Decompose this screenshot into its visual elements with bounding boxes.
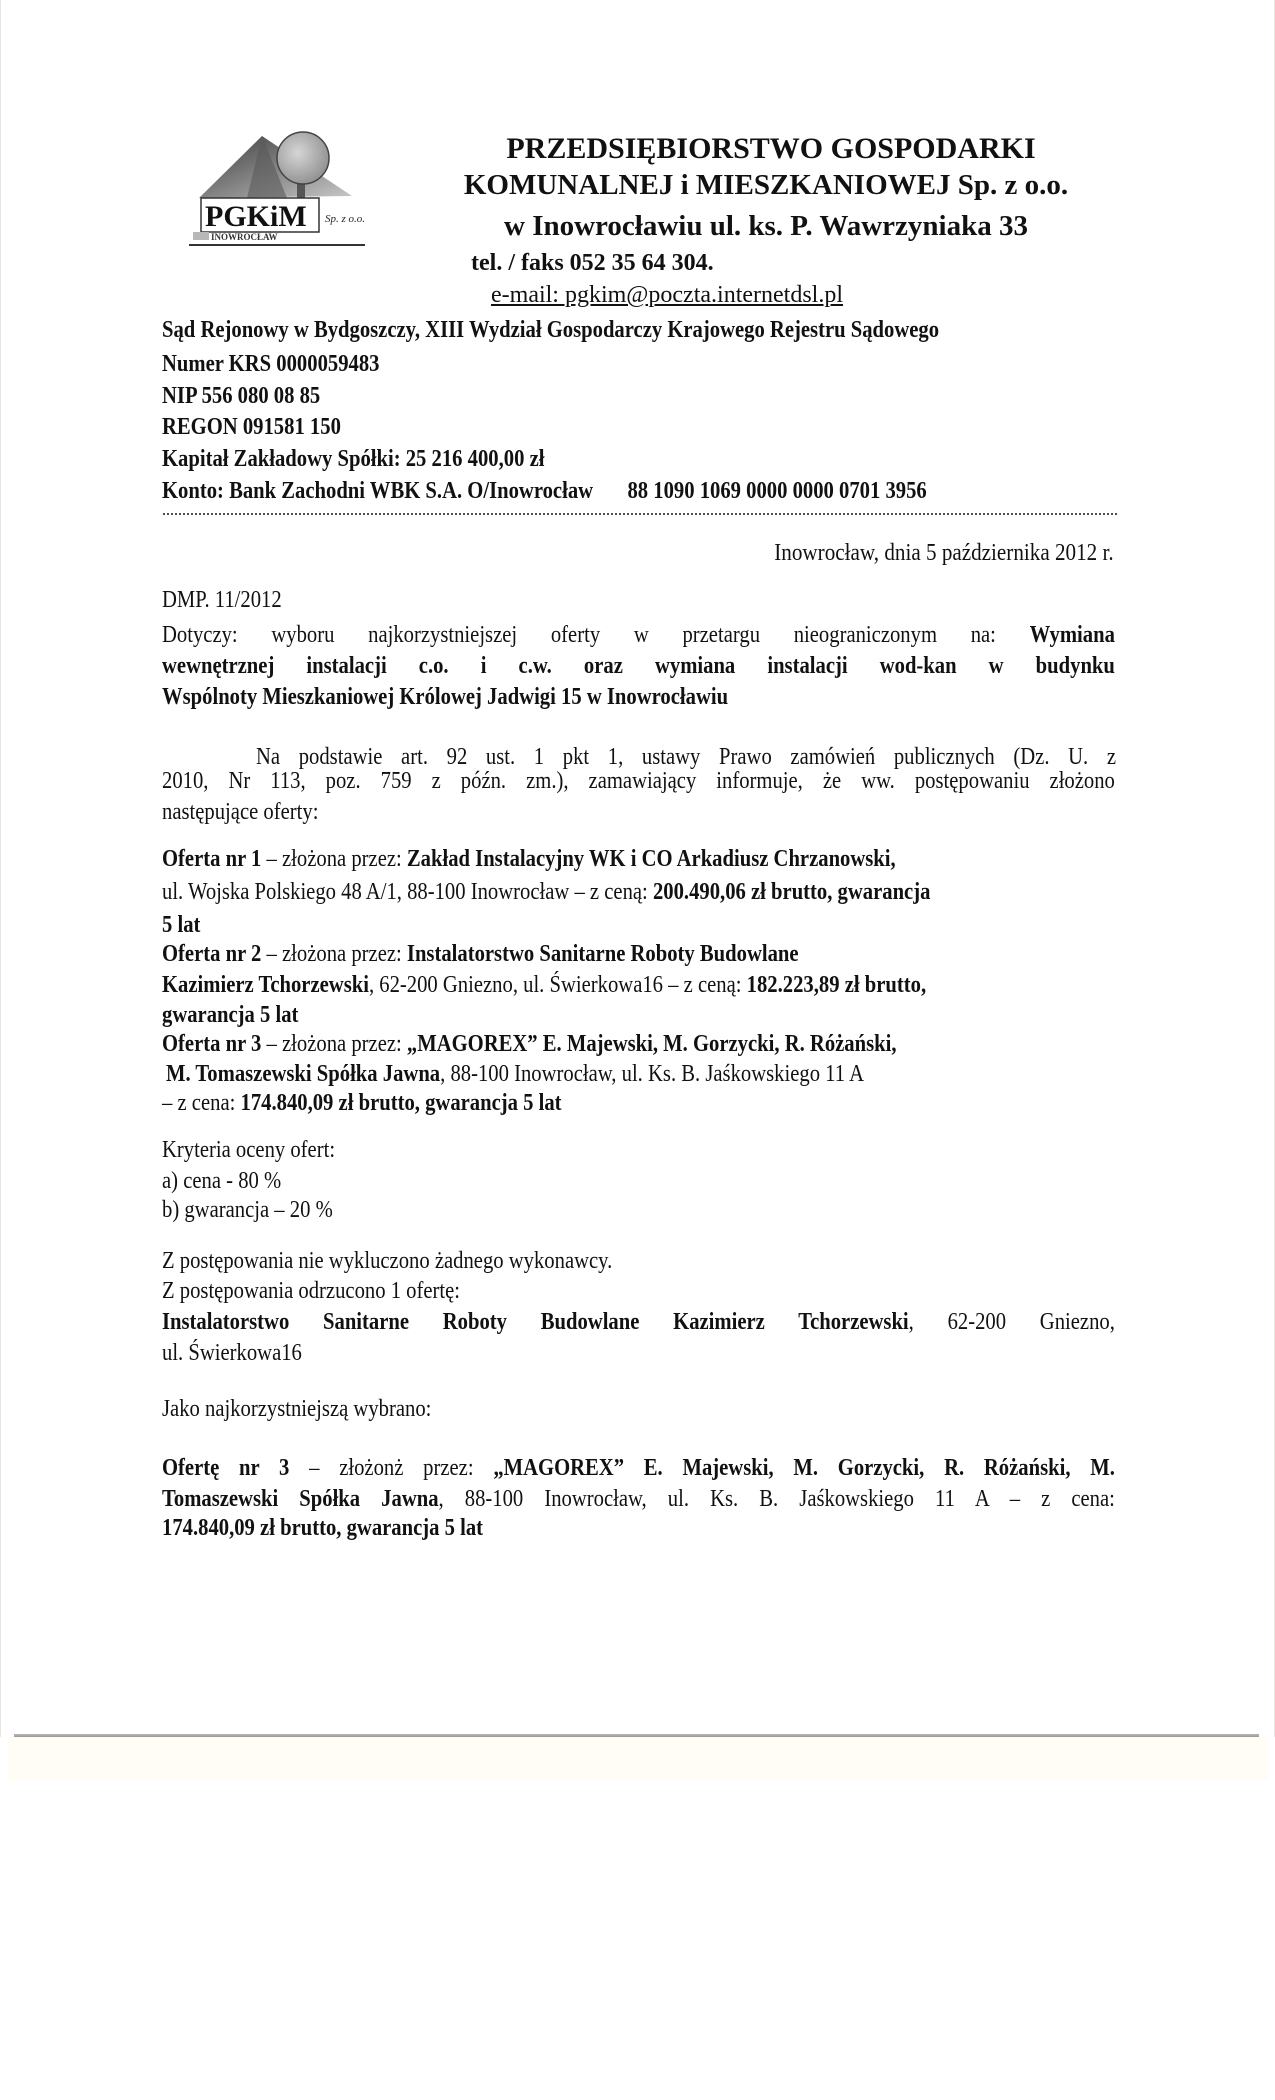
offer-3-line1: Oferta nr 3 – złożona przez: „MAGOREX” E…: [162, 1032, 897, 1056]
scan-margin: [8, 1737, 1268, 1781]
scanned-document-page: PGKiM Sp. z o.o. INOWROCŁAW PRZEDSIĘBIOR…: [0, 0, 1275, 1737]
offer-1-line2: ul. Wojska Polskiego 48 A/1, 88-100 Inow…: [162, 880, 930, 904]
registry-bank-account: Konto: Bank Zachodni WBK S.A. O/Inowrocł…: [162, 479, 927, 503]
rejected-line2: ul. Świerkowa16: [162, 1341, 302, 1365]
svg-text:INOWROCŁAW: INOWROCŁAW: [211, 232, 278, 242]
offer-2-line1: Oferta nr 2 – złożona przez: Instalators…: [162, 942, 799, 966]
offer-2-line2: Kazimierz Tchorzewski, 62-200 Gniezno, u…: [162, 973, 926, 997]
selected-line1: Ofertę nr 3 – złożonż przez: „MAGOREX” E…: [162, 1456, 1115, 1480]
selected-line3: 174.840,09 zł brutto, gwarancja 5 lat: [162, 1516, 483, 1540]
bank-account-number: 88 1090 1069 0000 0000 0701 3956: [627, 478, 926, 504]
offer-1-line3: 5 lat: [162, 913, 200, 937]
selected-heading: Jako najkorzystniejszą wybrano:: [162, 1397, 431, 1421]
reference-number: DMP. 11/2012: [162, 588, 282, 612]
offer-2-line3: gwarancja 5 lat: [162, 1003, 298, 1027]
rejected-heading: Z postępowania odrzucono 1 ofertę:: [162, 1279, 460, 1303]
criteria-item-price: a) cena - 80 %: [162, 1169, 281, 1193]
registry-capital: Kapitał Zakładowy Spółki: 25 216 400,00 …: [162, 447, 544, 471]
logo-underline: [189, 244, 365, 246]
offer-3-line2: M. Tomaszewski Spółka Jawna, 88-100 Inow…: [166, 1062, 864, 1086]
date-line: Inowrocław, dnia 5 października 2012 r.: [775, 540, 1114, 567]
company-name-line2: KOMUNALNEJ i MIESZKANIOWEJ Sp. z o.o.: [441, 171, 1091, 200]
offer-1-line1: Oferta nr 1 – złożona przez: Zakład Inst…: [162, 847, 896, 871]
subject-line2: wewnętrznej instalacji c.o. i c.w. oraz …: [162, 654, 1115, 678]
offer-3-line3: – z cena: 174.840,09 zł brutto, gwarancj…: [162, 1091, 562, 1115]
rejected-line1: Instalatorstwo Sanitarne Roboty Budowlan…: [162, 1310, 1115, 1334]
intro-line1: Na podstawie art. 92 ust. 1 pkt 1, ustaw…: [256, 745, 1116, 769]
subject-line3: Wspólnoty Mieszkaniowej Królowej Jadwigi…: [162, 685, 728, 709]
selected-line2: Tomaszewski Spółka Jawna, 88-100 Inowroc…: [162, 1487, 1115, 1511]
bank-name: Konto: Bank Zachodni WBK S.A. O/Inowrocł…: [162, 478, 593, 504]
no-exclusions-note: Z postępowania nie wykluczono żadnego wy…: [162, 1249, 612, 1273]
subject-line1: Dotyczy: wyboru najkorzystniejszej ofert…: [162, 623, 1115, 647]
company-email-link[interactable]: e-mail: pgkim@poczta.internetdsl.pl: [491, 283, 843, 307]
registry-nip: NIP 556 080 08 85: [162, 384, 320, 408]
dotted-separator: [162, 512, 1117, 516]
roof-and-tree-logo-icon: PGKiM Sp. z o.o. INOWROCŁAW: [187, 118, 367, 250]
registry-regon: REGON 091581 150: [162, 415, 341, 439]
registry-court: Sąd Rejonowy w Bydgoszczy, XIII Wydział …: [162, 318, 939, 342]
company-phone: tel. / faks 052 35 64 304.: [471, 251, 714, 275]
company-name-line1: PRZEDSIĘBIORSTWO GOSPODARKI: [471, 134, 1071, 164]
svg-text:Sp. z o.o.: Sp. z o.o.: [325, 213, 365, 225]
registry-krs: Numer KRS 0000059483: [162, 352, 379, 376]
company-address: w Inowrocławiu ul. ks. P. Wawrzyniaka 33: [456, 212, 1076, 241]
criteria-heading: Kryteria oceny ofert:: [162, 1138, 335, 1162]
intro-line3: następujące oferty:: [162, 800, 318, 824]
logo-brand-text: PGKiM: [205, 200, 307, 233]
intro-line2: 2010, Nr 113, poz. 759 z późn. zm.), zam…: [162, 769, 1115, 793]
criteria-item-warranty: b) gwarancja – 20 %: [162, 1198, 333, 1222]
